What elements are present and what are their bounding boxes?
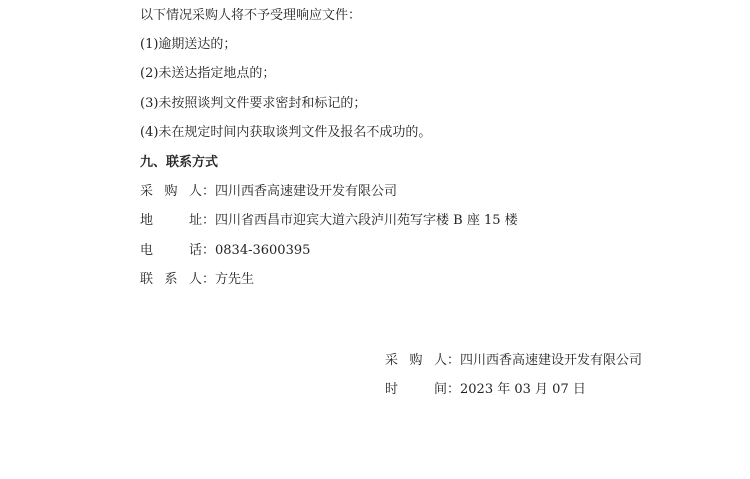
list-item: (2)未送达指定地点的； (140, 66, 275, 82)
signature-label: 采购人 (385, 353, 447, 369)
contact-row-phone: 电话：0834-3600395 (140, 243, 310, 259)
list-item: (4)未在规定时间内获取谈判文件及报名不成功的。 (140, 125, 431, 141)
contact-row-purchaser: 采购人：四川西香高速建设开发有限公司 (140, 184, 397, 200)
signature-date: 时间：2023 年 03 月 07 日 (385, 382, 586, 398)
contact-value: 四川省西昌市迎宾大道六段泸川苑写字楼 B 座 15 楼 (215, 213, 518, 228)
signature-purchaser: 采购人：四川西香高速建设开发有限公司 (385, 353, 642, 369)
signature-label: 时间 (385, 382, 447, 398)
list-item: (1)逾期送达的； (140, 37, 236, 53)
signature-value: 2023 年 03 月 07 日 (460, 382, 586, 397)
section-heading: 九、联系方式 (140, 155, 218, 171)
signature-value: 四川西香高速建设开发有限公司 (460, 353, 642, 368)
contact-label: 联系人 (140, 272, 202, 288)
contact-label: 电话 (140, 243, 202, 259)
intro-text: 以下情况采购人将不予受理响应文件： (140, 8, 361, 24)
contact-row-address: 地址：四川省西昌市迎宾大道六段泸川苑写字楼 B 座 15 楼 (140, 213, 518, 229)
contact-value: 方先生 (215, 272, 254, 287)
contact-label: 地址 (140, 213, 202, 229)
list-item: (3)未按照谈判文件要求密封和标记的； (140, 96, 366, 112)
contact-label: 采购人 (140, 184, 202, 200)
contact-value: 四川西香高速建设开发有限公司 (215, 184, 397, 199)
contact-value: 0834-3600395 (215, 243, 310, 258)
contact-row-person: 联系人：方先生 (140, 272, 254, 288)
